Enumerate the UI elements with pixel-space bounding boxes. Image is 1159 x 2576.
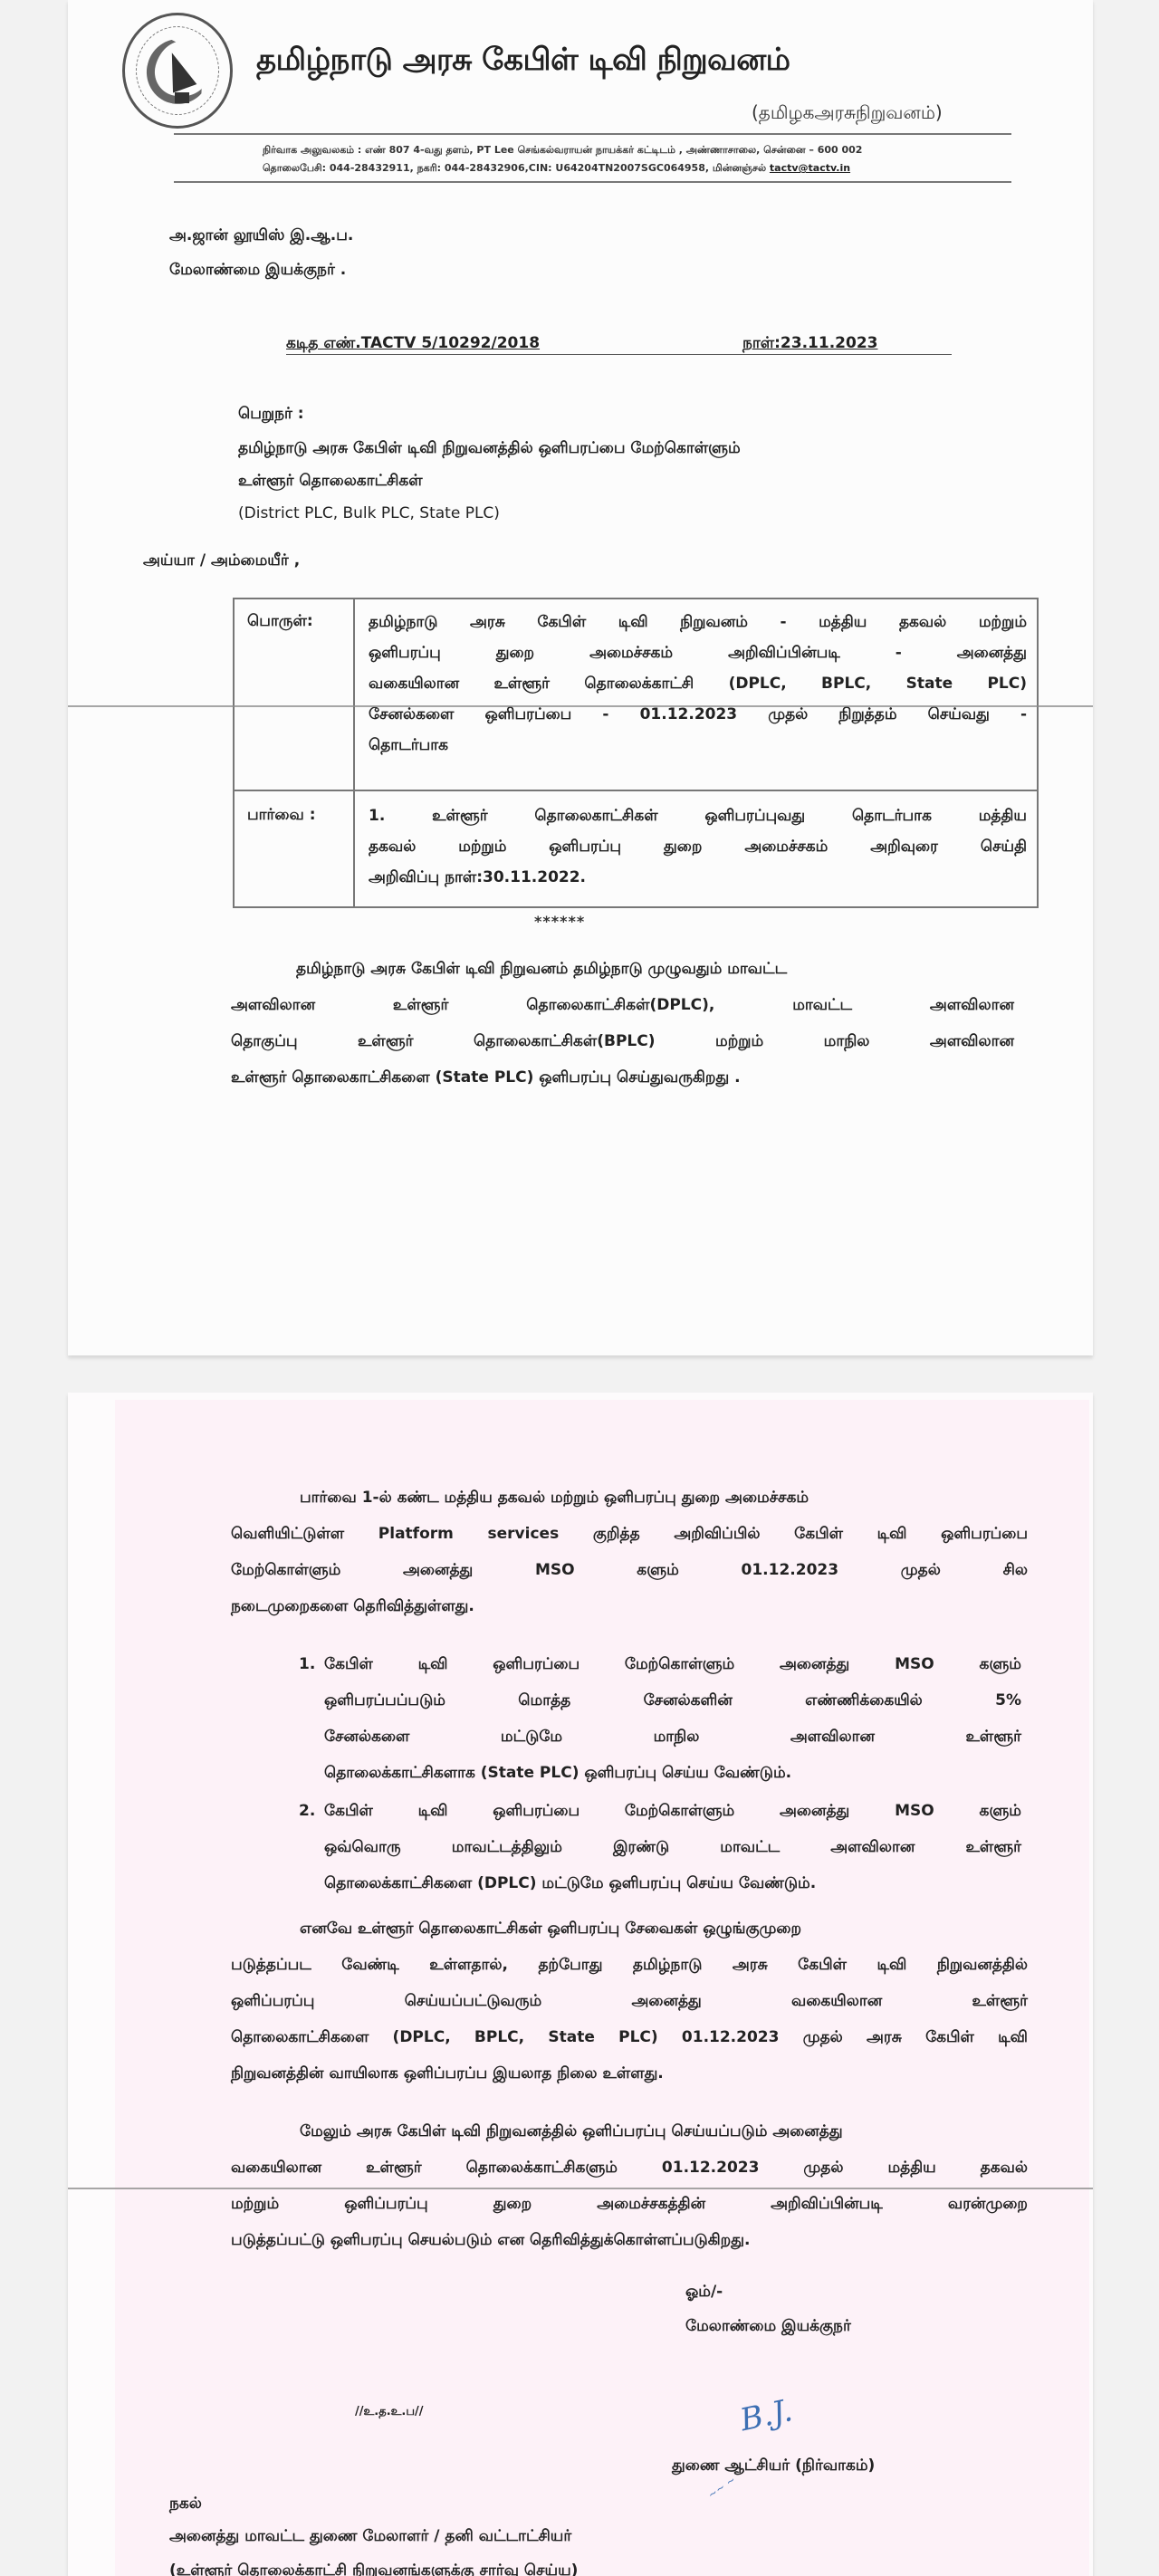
subject-label: பொருள்: [247, 612, 313, 632]
organization-name: தமிழ்நாடு அரசு கேபிள் டிவி நிறுவனம் [256, 42, 790, 81]
tactv-emblem-icon [122, 13, 233, 129]
body-paragraph-3: எனவே உள்ளூர் தொலைகாட்சிகள் ஒளிபரப்பு சேவ… [231, 1910, 1028, 2092]
rule-line: ஒளிபரப்பப்படும் மொத்த சேனல்களின் எண்ணிக்… [324, 1682, 1021, 1719]
recipient-line-1: தமிழ்நாடு அரசு கேபிள் டிவி நிறுவனத்தில் … [238, 438, 741, 459]
paragraph-line: படுத்தப்பட்டு ஒளிபரப்பு செயல்படும் என தெ… [231, 2222, 1028, 2258]
organization-subtitle: (தமிழகஅரசுநிறுவனம்) [752, 101, 943, 126]
email-link[interactable]: tactv@tactv.in [770, 162, 850, 174]
body-paragraph-1: தமிழ்நாடு அரசு கேபிள் டிவி நிறுவனம் தமிழ… [231, 951, 1014, 1096]
reference-line: அறிவிப்பு நாள்:30.11.2022. [369, 862, 1027, 893]
rule-number: 2. [299, 1793, 315, 1829]
rule-line: சேனல்களை மட்டுமே மாநில அளவிலான உள்ளூர் [324, 1719, 1021, 1755]
paragraph-line: உள்ளூர் தொலைகாட்சிகளை (State PLC) ஒளிபரப… [231, 1059, 1014, 1096]
separator-stars: ****** [534, 913, 585, 930]
rule-line: தொலைக்காட்சிகளாக (State PLC) ஒளிபரப்பு ச… [324, 1755, 1021, 1791]
subject-line: சேனல்களை ஒளிபரப்பை - 01.12.2023 முதல் நி… [369, 699, 1027, 730]
recipient-line-3: (District PLC, Bulk PLC, State PLC) [238, 503, 500, 524]
sender-name: அ.ஜான் லூயிஸ் இ.ஆ.ப. [169, 225, 353, 246]
sender-designation: மேலாண்மை இயக்குநர் . [169, 260, 346, 281]
reference-label: பார்வை : [247, 806, 316, 826]
rule-item-2: 2. கேபிள் டிவி ஒளிபரப்பை மேற்கொள்ளும் அன… [288, 1793, 1021, 1901]
salutation: அய்யா / அம்மையீர் , [143, 551, 300, 571]
rule-line: கேபிள் டிவி ஒளிபரப்பை மேற்கொள்ளும் அனைத்… [324, 1646, 1021, 1682]
body-paragraph-2: பார்வை 1-ல் கண்ட மத்திய தகவல் மற்றும் ஒள… [231, 1480, 1028, 1624]
recipient-label: பெறுநர் : [238, 404, 304, 425]
subject-line: வகையிலான உள்ளூர் தொலைக்காட்சி (DPLC, BPL… [369, 668, 1027, 699]
letter-number: கடித எண்.TACTV 5/10292/2018 [286, 333, 540, 354]
rule-item-1: 1. கேபிள் டிவி ஒளிபரப்பை மேற்கொள்ளும் அன… [288, 1646, 1021, 1791]
paragraph-line: மற்றும் ஒளிப்பரப்பு துறை அமைச்சகத்தின் அ… [231, 2186, 1028, 2222]
reference-line: தகவல் மற்றும் ஒளிபரப்பு துறை அமைச்சகம் அ… [369, 831, 1027, 862]
rule-line: தொலைக்காட்சிகளை (DPLC) மட்டுமே ஒளிபரப்பு… [324, 1865, 1021, 1901]
signatory-title: துணை ஆட்சியர் (நிர்வாகம்) [672, 2456, 875, 2476]
subject-text: தமிழ்நாடு அரசு கேபிள் டிவி நிறுவனம் - மத… [369, 607, 1027, 761]
signed-mark: ஓம்/- [685, 2282, 723, 2303]
paragraph-line: வகையிலான உள்ளூர் தொலைக்காட்சிகளும் 01.12… [231, 2150, 1028, 2186]
contact-line: தொலைபேசி: 044-28432911, நகரி: 044-284329… [263, 161, 850, 175]
paragraph-line: ஒளிப்பரப்பு செய்யப்பட்டுவரும் அனைத்து வக… [231, 1983, 1028, 2019]
letter-date: நாள்:23.11.2023 [742, 333, 877, 354]
subject-reference-table: பொருள்: தமிழ்நாடு அரசு கேபிள் டிவி நிறுவ… [233, 598, 1039, 908]
letterhead-rule-top [174, 133, 1011, 135]
reference-text: 1. உள்ளூர் தொலைகாட்சிகள் ஒளிபரப்புவது தொ… [369, 800, 1027, 893]
copy-to-label: நகல் [169, 2494, 202, 2514]
paragraph-line: பார்வை 1-ல் கண்ட மத்திய தகவல் மற்றும் ஒள… [231, 1480, 1028, 1516]
subject-line: தொடர்பாக [369, 730, 1027, 761]
rule-number: 1. [299, 1646, 315, 1682]
paragraph-line: மேற்கொள்ளும் அனைத்து MSO களும் 01.12.202… [231, 1552, 1028, 1588]
paragraph-line: நிறுவனத்தின் வாயிலாக ஒளிப்பரப்ப இயலாத நி… [231, 2055, 1028, 2092]
scan-artifact-line [68, 2188, 1093, 2189]
copy-to-line-2: (உள்ளூர் தொலைக்காட்சி நிறுவனங்களுக்கு சா… [169, 2561, 578, 2576]
copy-to-line-1: அனைத்து மாவட்ட துணை மேலாளர் / தனி வட்டாட… [169, 2526, 571, 2547]
table-divider-vertical [353, 599, 355, 906]
paragraph-line: நடைமுறைகளை தெரிவித்துள்ளது. [231, 1588, 1028, 1624]
scan-artifact-line [68, 705, 1093, 707]
subject-line: தமிழ்நாடு அரசு கேபிள் டிவி நிறுவனம் - மத… [369, 607, 1027, 637]
subject-line: ஒளிபரப்பு துறை அமைச்சகம் அறிவிப்பின்படி … [369, 637, 1027, 668]
letterhead-rule-bottom [174, 181, 1011, 183]
paragraph-line: தமிழ்நாடு அரசு கேபிள் டிவி நிறுவனம் தமிழ… [231, 951, 1014, 987]
signed-designation: மேலாண்மை இயக்குநர் [685, 2316, 851, 2337]
contact-details: தொலைபேசி: 044-28432911, நகரி: 044-284329… [263, 162, 770, 174]
paragraph-line: வெளியிட்டுள்ள Platform services குறித்த … [231, 1516, 1028, 1552]
body-paragraph-4: மேலும் அரசு கேபிள் டிவி நிறுவனத்தில் ஒளி… [231, 2113, 1028, 2258]
office-address: நிர்வாக அலுவலகம் : எண் 807 4-வது தளம், P… [263, 143, 862, 157]
paragraph-line: தொலைகாட்சிகளை (DPLC, BPLC, State PLC) 01… [231, 2019, 1028, 2055]
reference-line: 1. உள்ளூர் தொலைகாட்சிகள் ஒளிபரப்புவது தொ… [369, 800, 1027, 831]
paragraph-line: எனவே உள்ளூர் தொலைகாட்சிகள் ஒளிபரப்பு சேவ… [231, 1910, 1028, 1947]
rule-line: கேபிள் டிவி ஒளிபரப்பை மேற்கொள்ளும் அனைத்… [324, 1793, 1021, 1829]
recipient-line-2: உள்ளூர் தொலைகாட்சிகள் [238, 471, 423, 492]
attested-mark: //உ.த.உ.ப// [355, 2401, 424, 2422]
paragraph-line: படுத்தப்பட வேண்டி உள்ளதால், தற்போது தமிழ… [231, 1947, 1028, 1983]
paragraph-line: தொகுப்பு உள்ளூர் தொலைகாட்சிகள்(BPLC) மற்… [231, 1023, 1014, 1059]
paragraph-line: அளவிலான உள்ளூர் தொலைகாட்சிகள்(DPLC), மாவ… [231, 987, 1014, 1023]
reference-underline [286, 354, 952, 355]
rule-line: ஒவ்வொரு மாவட்டத்திலும் இரண்டு மாவட்ட அளவ… [324, 1829, 1021, 1865]
table-divider-horizontal [235, 790, 1037, 791]
paragraph-line: மேலும் அரசு கேபிள் டிவி நிறுவனத்தில் ஒளி… [231, 2113, 1028, 2150]
